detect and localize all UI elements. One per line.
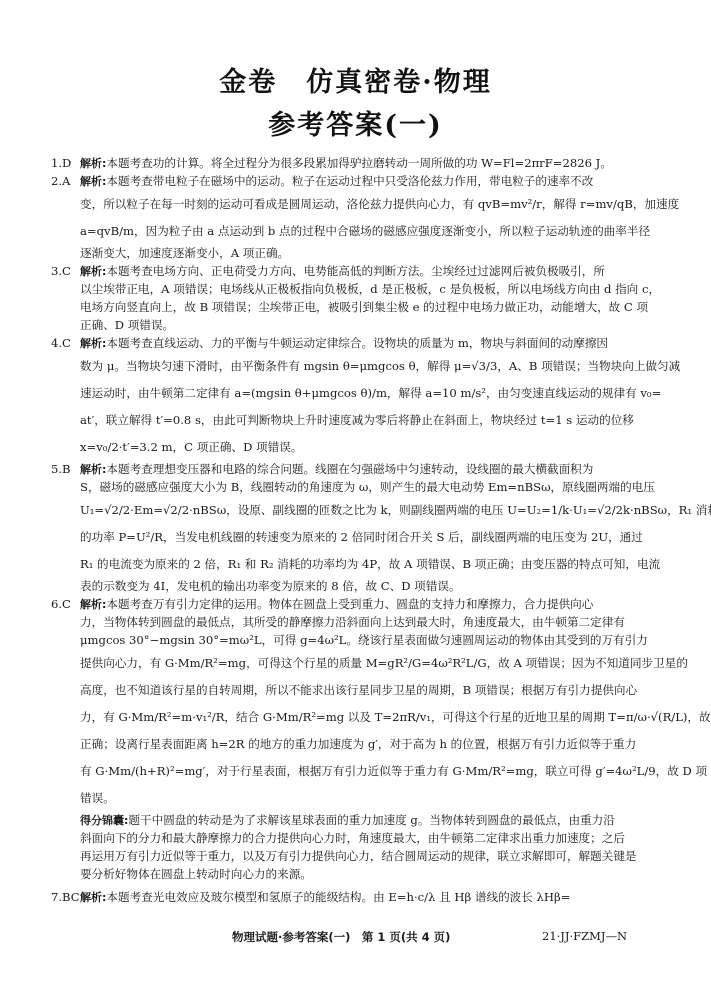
answer-text: 提供向心力，有 G·Mm/R²=mg，可得这个行星的质量 M=gR²/G=4ω²…	[51, 649, 671, 676]
answer-text: 正确、D 项错误。	[51, 316, 671, 334]
answer-text: 力，有 G·Mm/R²=m·v₁²/R，结合 G·Mm/R²=mg 以及 T=2…	[51, 703, 671, 730]
answer-item-7: 7.BC解析:本题考查光电效应及玻尔模型和氢原子的能级结构。由 E=h·c/λ …	[51, 883, 671, 910]
answer-item-5: 5.B解析:本题考查理想变压器和电路的综合问题。线圈在匀强磁场中匀速转动，设线圈…	[51, 460, 671, 595]
answer-text: 有 G·Mm/(h+R)²=mg′，对于行星表面，根据万有引力近似等于重力有 G…	[51, 757, 671, 784]
answer-text: R₁ 的电流变为原来的 2 倍，R₁ 和 R₂ 消耗的功率均为 4P，故 A 项…	[51, 550, 671, 577]
answer-list: 1.D解析:本题考查功的计算。将全过程分为很多段累加得驴拉磨转动一周所做的功 W…	[51, 154, 671, 910]
answer-text: μmgcos 30°−mgsin 30°=mω²L，可得 g=4ω²L。绕该行星…	[51, 631, 671, 649]
analysis-label: 解析:	[80, 598, 106, 611]
answer-number: 6.C	[51, 595, 80, 613]
answer-item-2: 2.A解析:本题考查带电粒子在磁场中的运动。粒子在运动过程中只受洛伦兹力作用，带…	[51, 172, 671, 262]
answer-text: 电场方向竖直向上，故 B 项错误；尘埃带正电，被吸引到集尘极 e 的过程中电场力…	[51, 298, 671, 316]
answer-item-1: 1.D解析:本题考查功的计算。将全过程分为很多段累加得驴拉磨转动一周所做的功 W…	[51, 154, 671, 172]
answer-text: 错误。	[51, 784, 671, 811]
analysis-label: 解析:	[80, 265, 106, 278]
answer-text: 逐渐变大，加速度逐渐变小，A 项正确。	[51, 244, 671, 262]
answer-text: 变，所以粒子在每一时刻的运动可看成是圆周运动，洛伦兹力提供向心力，有 qvB=m…	[51, 190, 671, 217]
tip-text: 再运用万有引力近似等于重力，以及万有引力提供向心力，结合圆周运动的规律，联立求解…	[51, 847, 671, 865]
answer-text: 数为 μ。当物块匀速下滑时，由平衡条件有 mgsin θ=μmgcos θ，解得…	[51, 352, 671, 379]
tip-text: 要分析好物体在圆盘上转动时向心力的来源。	[51, 865, 671, 883]
answer-text: 本题考查功的计算。将全过程分为很多段累加得驴拉磨转动一周所做的功 W=Fl=2π…	[106, 156, 612, 170]
answer-item-4: 4.C解析:本题考查直线运动、力的平衡与牛顿运动定律综合。设物块的质量为 m，物…	[51, 334, 671, 460]
answer-number: 1.D	[51, 154, 80, 172]
analysis-label: 解析:	[80, 175, 106, 188]
answer-number: 3.C	[51, 262, 80, 280]
tip-text: 题干中圆盘的转动是为了求解该星球表面的重力加速度 g。当物体转到圆盘的最低点，由…	[128, 813, 614, 827]
analysis-label: 解析:	[80, 157, 106, 170]
answer-text: 速运动时，由牛顿第二定律有 a=(mgsin θ+μmgcos θ)/m，解得 …	[51, 379, 671, 406]
analysis-label: 解析:	[80, 337, 106, 350]
answer-text: 表的示数变为 4I，发电机的输出功率变为原来的 8 倍，故 C、D 项错误。	[51, 577, 671, 595]
answer-text: S，磁场的磁感应强度大小为 B，线圈转动的角速度为 ω，则产生的最大电动势 Em…	[51, 478, 671, 496]
answer-number: 7.BC	[51, 888, 80, 906]
tip-label: 得分锦囊:	[80, 814, 128, 827]
answer-text: 以尘埃带正电，A 项错误；电场线从正极板指向负极板，d 是正极板，c 是负极板，…	[51, 280, 671, 298]
page-info: 物理试题·参考答案(一) 第 1 页(共 4 页)	[232, 929, 450, 945]
answer-text: 本题考查直线运动、力的平衡与牛顿运动定律综合。设物块的质量为 m，物块与斜面间的…	[106, 336, 608, 350]
answer-text: 力，当物体转到圆盘的最低点，其所受的静摩擦力沿斜面向上达到最大时，角速度最大，由…	[51, 613, 671, 631]
answer-item-6: 6.C解析:本题考查万有引力定律的运用。物体在圆盘上受到重力、圆盘的支持力和摩擦…	[51, 595, 671, 883]
answer-text: a=qvB/m，因为粒子由 a 点运动到 b 点的过程中合磁场的磁感应强度逐渐变…	[51, 217, 671, 244]
answer-text: 本题考查理想变压器和电路的综合问题。线圈在匀强磁场中匀速转动，设线圈的最大横截面…	[106, 462, 593, 476]
analysis-label: 解析:	[80, 463, 106, 476]
answer-text: 本题考查万有引力定律的运用。物体在圆盘上受到重力、圆盘的支持力和摩擦力，合力提供…	[106, 597, 593, 611]
answer-number: 2.A	[51, 172, 80, 190]
answer-text: 本题考查光电效应及玻尔模型和氢原子的能级结构。由 E=h·c/λ 且 Hβ 谱线…	[106, 890, 570, 904]
answer-text: 高度，也不知道该行星的自转周期，所以不能求出该行星同步卫星的周期，B 项错误；根…	[51, 676, 671, 703]
document-title: 金卷 仿真密卷·物理	[0, 60, 711, 99]
answer-text: at′，联立解得 t′=0.8 s，由此可判断物块上升时速度减为零后将静止在斜面…	[51, 406, 671, 433]
answer-text: x=v₀/2·t′=3.2 m，C 项正确、D 项错误。	[51, 433, 671, 460]
answer-text: 本题考查电场方向、正电荷受力方向、电势能高低的判断方法。尘埃经过过滤网后被负极吸…	[106, 264, 605, 278]
answer-item-3: 3.C解析:本题考查电场方向、正电荷受力方向、电势能高低的判断方法。尘埃经过过滤…	[51, 262, 671, 334]
answer-number: 4.C	[51, 334, 80, 352]
answer-text: U₁=√2/2·Em=√2/2·nBSω，设原、副线圈的匝数之比为 k，则副线圈…	[51, 496, 671, 523]
document-subtitle: 参考答案(一)	[0, 103, 711, 142]
analysis-label: 解析:	[80, 891, 106, 904]
document-code: 21·JJ·FZMJ—N	[542, 929, 627, 943]
tip-text: 斜面向下的分力和最大静摩擦力的合力提供向心力时，角速度最大，由牛顿第二定律求出重…	[51, 829, 671, 847]
answer-number: 5.B	[51, 460, 80, 478]
answer-text: 本题考查带电粒子在磁场中的运动。粒子在运动过程中只受洛伦兹力作用，带电粒子的速率…	[106, 174, 593, 188]
answer-text: 正确；设离行星表面距离 h=2R 的地方的重力加速度为 g′，对于高为 h 的位…	[51, 730, 671, 757]
answer-text: 的功率 P=U²/R，当发电机线圈的转速变为原来的 2 倍同时闭合开关 S 后，…	[51, 523, 671, 550]
